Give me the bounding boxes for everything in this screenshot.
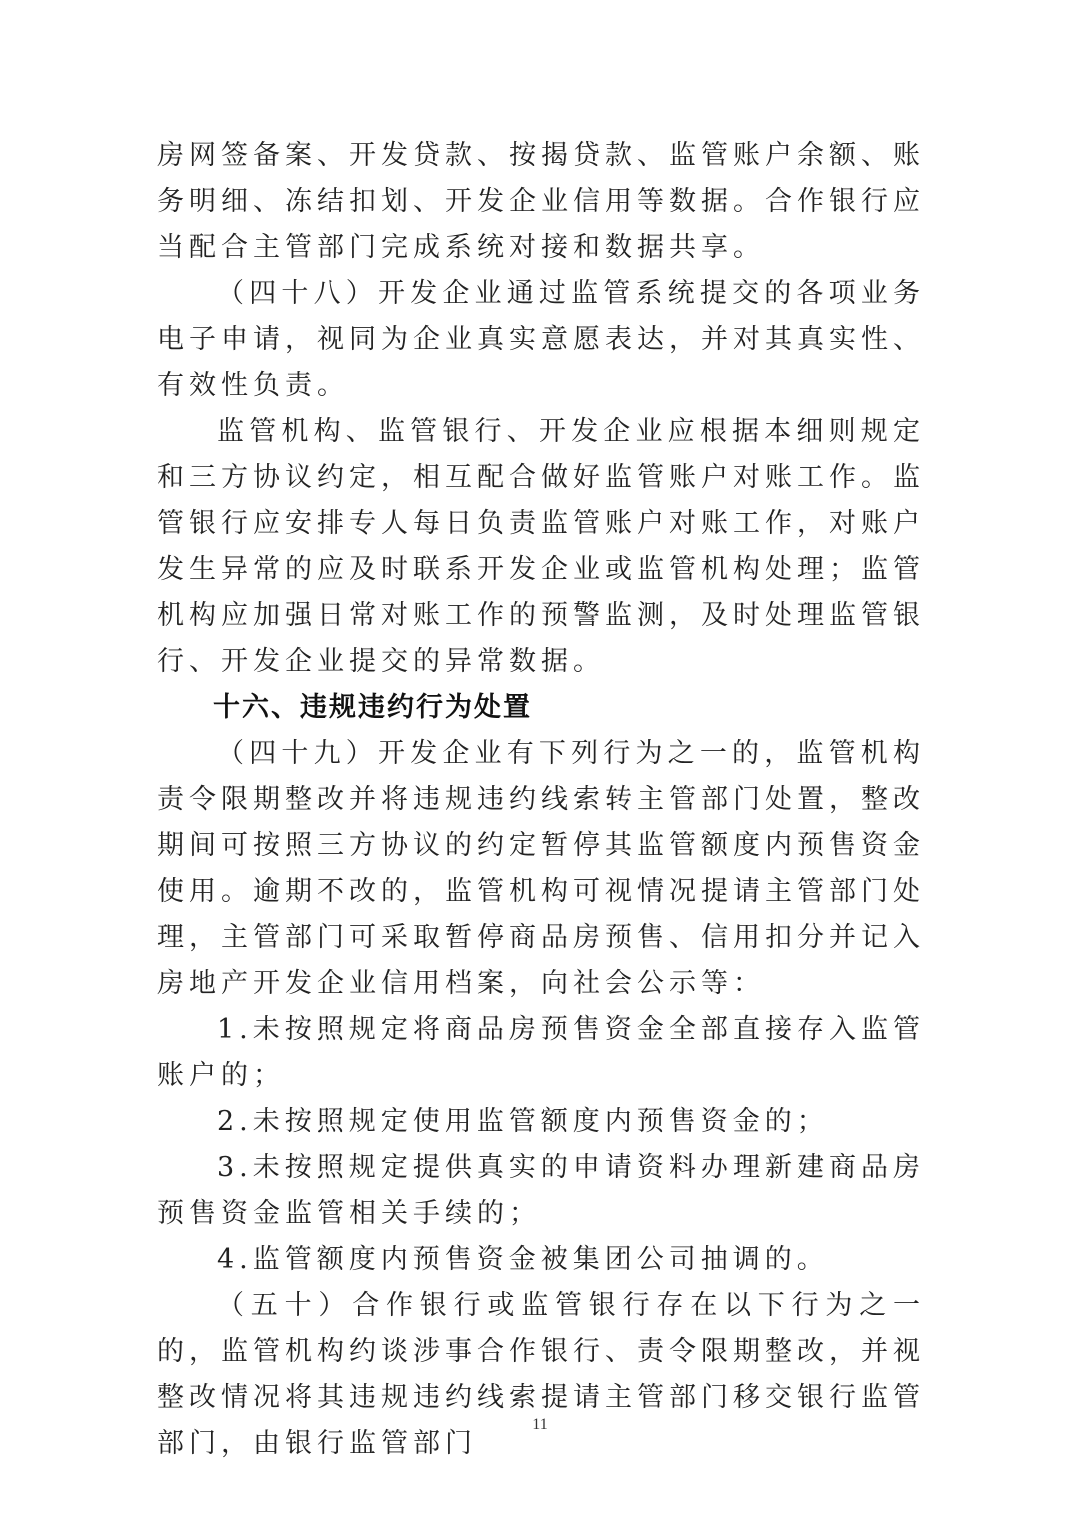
paragraph-clause-50: （五十）合作银行或监管银行存在以下行为之一的，监管机构约谈涉事合作银行、责令限期… — [157, 1283, 925, 1467]
paragraph-clause-48: （四十八）开发企业通过监管系统提交的各项业务电子申请，视同为企业真实意愿表达，并… — [157, 271, 925, 409]
body-text: 房网签备案、开发贷款、按揭贷款、监管账户余额、账务明细、冻结扣划、开发企业信用等… — [157, 133, 925, 1467]
paragraph-continuation: 房网签备案、开发贷款、按揭贷款、监管账户余额、账务明细、冻结扣划、开发企业信用等… — [157, 133, 925, 271]
list-item-2: 2.未按照规定使用监管额度内预售资金的； — [157, 1099, 925, 1145]
list-item-1: 1.未按照规定将商品房预售资金全部直接存入监管账户的； — [157, 1007, 925, 1099]
paragraph-reconciliation: 监管机构、监管银行、开发企业应根据本细则规定和三方协议约定，相互配合做好监管账户… — [157, 409, 925, 685]
list-item-3: 3.未按照规定提供真实的申请资料办理新建商品房预售资金监管相关手续的； — [157, 1145, 925, 1237]
document-page: 房网签备案、开发贷款、按揭贷款、监管账户余额、账务明细、冻结扣划、开发企业信用等… — [0, 0, 1080, 1527]
section-heading: 十六、违规违约行为处置 — [157, 685, 925, 731]
list-item-4: 4.监管额度内预售资金被集团公司抽调的。 — [157, 1237, 925, 1283]
paragraph-clause-49: （四十九）开发企业有下列行为之一的，监管机构责令限期整改并将违规违约线索转主管部… — [157, 731, 925, 1007]
page-number: 11 — [0, 1416, 1080, 1434]
